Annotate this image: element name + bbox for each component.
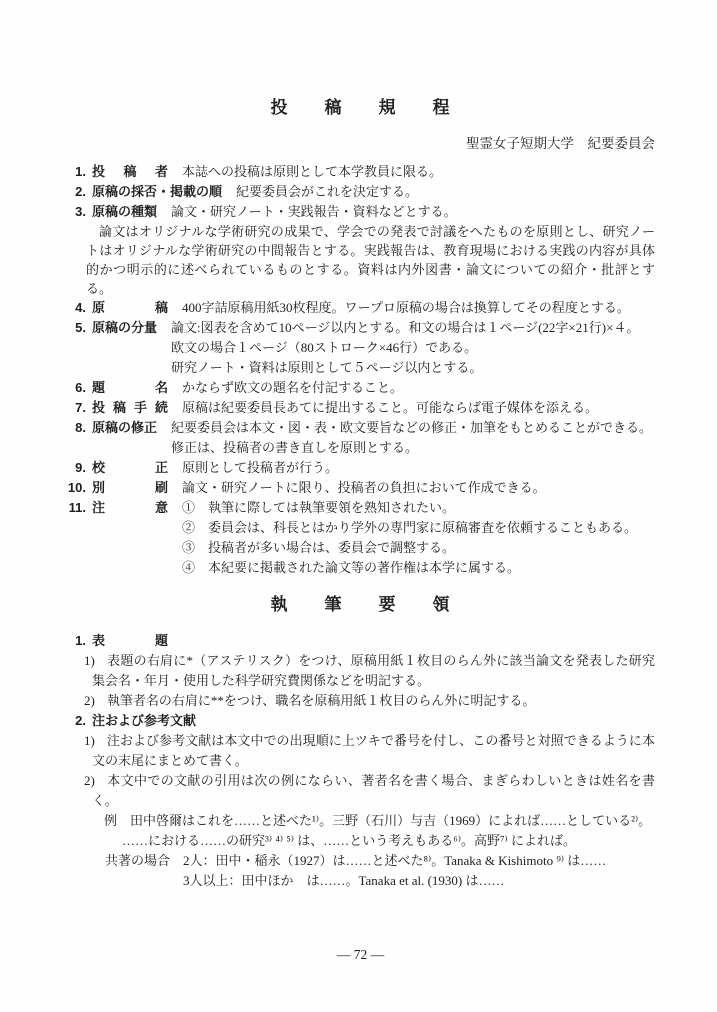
item-label: 投稿者 [92, 162, 168, 182]
kitei-item-4: 4. 原稿 400字詰原稿用紙30枚程度。ワープロ原稿の場合は換算してその程度と… [66, 298, 655, 318]
note-line-2: ② 委員会は、科長とはかり学外の専門家に原稿審査を依頼することもある。 [182, 518, 655, 538]
item-content: 紀要委員会は本文・図・表・欧文要旨などの修正・加筆をもとめることができる。 修正… [171, 418, 655, 458]
item-number: 9. [66, 458, 86, 478]
item-content: かならず欧文の題名を付記すること。 [182, 378, 655, 398]
item-number: 3. [66, 202, 86, 222]
kitei-item-2: 2. 原稿の採否・掲載の順 紀要委員会がこれを決定する。 [66, 182, 655, 202]
item-content: 論文・研究ノートに限り、投稿者の負担において作成できる。 [182, 478, 655, 498]
item-label: 題名 [92, 378, 168, 398]
subitem-marker: 1) [84, 653, 95, 668]
item-content-line: 本誌への投稿は原則として本学教員に限る。 [182, 162, 655, 182]
item-content: 論文・研究ノート・実践報告・資料などとする。 [171, 202, 655, 222]
kitei-item-1: 1. 投稿者 本誌への投稿は原則として本学教員に限る。 [66, 162, 655, 182]
note-line-3: ③ 投稿者が多い場合は、委員会で調整する。 [182, 538, 655, 558]
kitei-title: 投 稿 規 程 [66, 96, 655, 120]
item-content-line: 原則として投稿者が行う。 [182, 458, 655, 478]
item-number: 4. [66, 298, 86, 318]
kitei-item-8: 8. 原稿の修正 紀要委員会は本文・図・表・欧文要旨などの修正・加筆をもとめるこ… [66, 418, 655, 458]
kitei-item-9: 9. 校正 原則として投稿者が行う。 [66, 458, 655, 478]
document-page: 投 稿 規 程 聖霊女子短期大学 紀要委員会 1. 投稿者 本誌への投稿は原則と… [0, 0, 717, 1012]
subitem-marker: 1) [84, 733, 95, 748]
item-content: 原稿は紀要委員長あてに提出すること。可能ならば電子媒体を添える。 [182, 398, 655, 418]
subitem-text: 注および参考文献は本文中での出現順に上ツキで番号を付し、この番号と対照できるよう… [92, 733, 655, 768]
yoryo-title: 執 筆 要 領 [66, 593, 655, 617]
kitei-item-5: 5. 原稿の分量 論文:図表を含めて10ページ以内とする。和文の場合は１ページ(… [66, 318, 655, 378]
example-line-1: 例 田中啓爾はこれを……と述べた¹⁾。三野（石川）与吉（1969）によれば……と… [104, 811, 655, 831]
item-number: 2. [66, 182, 86, 202]
item-number: 7. [66, 398, 86, 418]
item-content: 本誌への投稿は原則として本学教員に限る。 [182, 162, 655, 182]
kitei-items: 1. 投稿者 本誌への投稿は原則として本学教員に限る。 2. 原稿の採否・掲載の… [66, 162, 655, 578]
subitem: 1)注および参考文献は本文中での出現順に上ツキで番号を付し、この番号と対照できる… [92, 731, 655, 771]
kitei-item-11: 11. 注意 ① 執筆に際しては執筆要領を熟知されたい。 ② 委員会は、科長とは… [66, 498, 655, 578]
item-content-line: 論文:図表を含めて10ページ以内とする。和文の場合は１ページ(22字×21行)×… [171, 318, 655, 338]
item-label: 原稿 [92, 298, 168, 318]
item-number: 11. [66, 498, 86, 578]
yoryo-section-2: 2. 注および参考文献 1)注および参考文献は本文中での出現順に上ツキで番号を付… [66, 711, 655, 891]
kitei-byline: 聖霊女子短期大学 紀要委員会 [66, 134, 655, 154]
page-number: — 72 — [66, 945, 655, 965]
subitem-text: 本文中での文献の引用は次の例にならい、著者名を書く場合、まぎらわしいときは姓名を… [92, 773, 655, 808]
kitei-item-7: 7. 投稿手続 原稿は紀要委員長あてに提出すること。可能ならば電子媒体を添える。 [66, 398, 655, 418]
item-content-line: 紀要委員会は本文・図・表・欧文要旨などの修正・加筆をもとめることができる。 [171, 418, 655, 438]
item-content-line: 修正は、投稿者の書き直しを原則とする。 [171, 438, 655, 458]
note-line-1: ① 執筆に際しては執筆要領を熟知されたい。 [182, 498, 655, 518]
item-content-line: 欧文の場合１ページ（80ストローク×46行）である。 [171, 338, 655, 358]
item-content: ① 執筆に際しては執筆要領を熟知されたい。 ② 委員会は、科長とはかり学外の専門… [182, 498, 655, 578]
item-content-line: かならず欧文の題名を付記すること。 [182, 378, 655, 398]
item-label: 校正 [92, 458, 168, 478]
subitem-text: 表題の右肩に*（アステリスク）をつけ、原稿用紙１枚目のらん外に該当論文を発表した… [92, 653, 655, 688]
item-content-line: 論文・研究ノート・実践報告・資料などとする。 [171, 202, 655, 222]
example-line-2: ……における……の研究³⁾ ⁴⁾ ⁵⁾ は、……という考えもある⁶⁾。高野⁷⁾ … [122, 831, 655, 851]
item-label: 原稿の分量 [92, 318, 157, 378]
item-label: 表題 [92, 631, 168, 651]
item-number: 1. [66, 631, 86, 651]
item-label: 原稿の種類 [92, 202, 157, 222]
item-label: 注および参考文献 [92, 711, 196, 731]
item-number: 5. [66, 318, 86, 378]
item-content: 400字詰原稿用紙30枚程度。ワープロ原稿の場合は換算してその程度とする。 [182, 298, 655, 318]
item-number: 10. [66, 478, 86, 498]
subitem-marker: 2) [84, 773, 95, 788]
item-paragraph: 論文はオリジナルな学術研究の成果で、学会での発表で討議をへたものを原則とし、研究… [86, 222, 655, 298]
example-line-4: 3人以上：田中ほか は……。Tanaka et al. (1930) は…… [183, 871, 655, 891]
example-line-3: 共著の場合 2人：田中・稲永（1927）は……と述べた⁸⁾。Tanaka & K… [105, 851, 655, 871]
item-label: 投稿手続 [92, 398, 168, 418]
item-label: 原稿の修正 [92, 418, 157, 458]
yoryo-items: 1. 表題 1)表題の右肩に*（アステリスク）をつけ、原稿用紙１枚目のらん外に該… [66, 631, 655, 891]
item-content-line: 原稿は紀要委員長あてに提出すること。可能ならば電子媒体を添える。 [182, 398, 655, 418]
item-label: 原稿の採否・掲載の順 [92, 182, 222, 202]
item-content: 論文:図表を含めて10ページ以内とする。和文の場合は１ページ(22字×21行)×… [171, 318, 655, 378]
kitei-item-6: 6. 題名 かならず欧文の題名を付記すること。 [66, 378, 655, 398]
item-content-line: 研究ノート・資料は原則として５ページ以内とする。 [171, 358, 655, 378]
item-content-line: 紀要委員会がこれを決定する。 [236, 182, 655, 202]
subitem-marker: 2) [84, 693, 95, 708]
subitem: 1)表題の右肩に*（アステリスク）をつけ、原稿用紙１枚目のらん外に該当論文を発表… [92, 651, 655, 691]
item-content: 紀要委員会がこれを決定する。 [236, 182, 655, 202]
kitei-item-10: 10. 別刷 論文・研究ノートに限り、投稿者の負担において作成できる。 [66, 478, 655, 498]
kitei-item-3: 3. 原稿の種類 論文・研究ノート・実践報告・資料などとする。 論文はオリジナル… [66, 202, 655, 298]
item-number: 6. [66, 378, 86, 398]
item-content: 原則として投稿者が行う。 [182, 458, 655, 478]
citation-example: 例 田中啓爾はこれを……と述べた¹⁾。三野（石川）与吉（1969）によれば……と… [66, 811, 655, 891]
subitem: 2)執筆者名の右肩に**をつけ、職名を原稿用紙１枚目のらん外に明記する。 [92, 691, 655, 711]
item-number: 2. [66, 711, 86, 731]
subitem: 2)本文中での文献の引用は次の例にならい、著者名を書く場合、まぎらわしいときは姓… [92, 771, 655, 811]
item-number: 8. [66, 418, 86, 458]
note-line-4: ④ 本紀要に掲載された論文等の著作権は本学に属する。 [182, 558, 655, 578]
yoryo-section-1: 1. 表題 1)表題の右肩に*（アステリスク）をつけ、原稿用紙１枚目のらん外に該… [66, 631, 655, 711]
item-label: 注意 [92, 498, 168, 578]
subitem-text: 執筆者名の右肩に**をつけ、職名を原稿用紙１枚目のらん外に明記する。 [107, 693, 535, 708]
item-content-line: 400字詰原稿用紙30枚程度。ワープロ原稿の場合は換算してその程度とする。 [182, 298, 655, 318]
item-content-line: 論文・研究ノートに限り、投稿者の負担において作成できる。 [182, 478, 655, 498]
item-label: 別刷 [92, 478, 168, 498]
item-number: 1. [66, 162, 86, 182]
